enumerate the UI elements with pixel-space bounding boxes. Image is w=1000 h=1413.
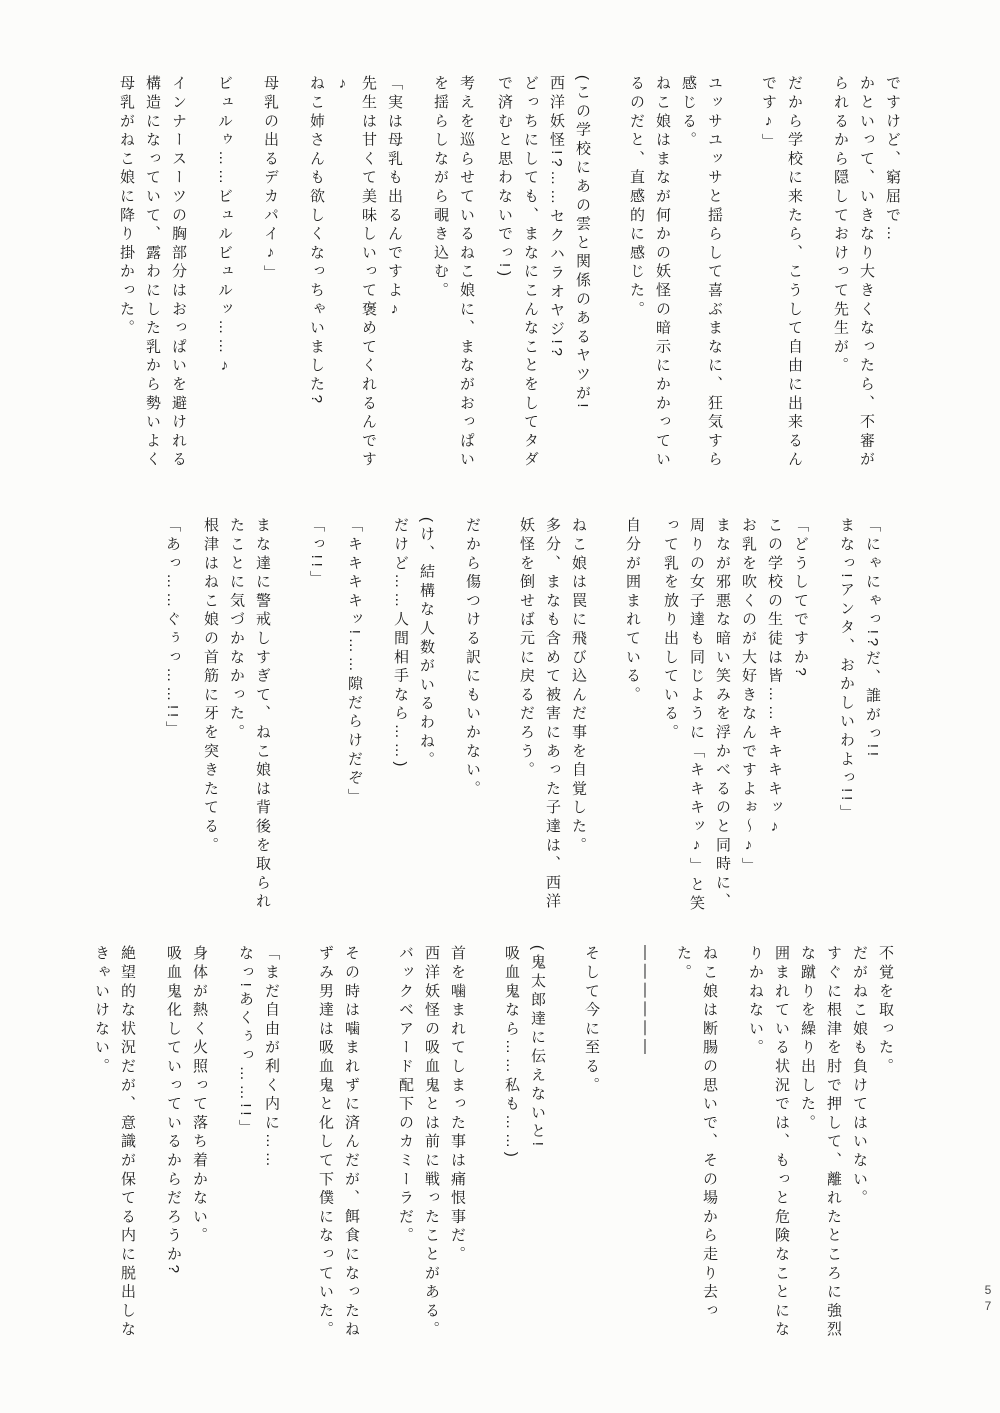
paragraph: だけど……人間相手なら……) [387,517,413,915]
paragraph: 「あっ……ぐぅっ……!!」 [159,517,185,915]
paragraph: ですけど、窮屈で… [879,75,905,473]
paragraph: お乳を吹くのが大好きなんですよぉ〜♪」 [735,517,761,915]
paragraph: ―――――― [632,945,658,1343]
paragraph: 不覚を取った。 [872,945,898,1343]
paragraph: 囲まれている状況では、もっと危険なことになりかねない。 [742,945,794,1343]
paragraph: だから傷つける訳にもいかない。 [459,517,485,915]
paragraph: 母乳の出るデカパイ♪」 [257,75,283,473]
paragraph: ねこ姉さんも欲しくなっちゃいました? [303,75,329,473]
paragraph: 首を噛まれてしまった事は痛恨事だ。 [444,945,470,1343]
paragraph: 「キキキキッ!……隙だらけだぞ」 [341,517,367,915]
paragraph: まなが邪悪な暗い笑みを浮かべるのと同時に、周りの女子達も同じように「キキキッ♪」… [657,517,735,915]
paragraph: 根津はねこ娘の首筋に牙を突きたてる。 [197,517,223,915]
paragraph: すぐに根津を肘で押して、離れたところに強烈な蹴りを繰り出した。 [794,945,846,1343]
paragraph: この学校の生徒は皆……キキキキッ♪ [761,517,787,915]
paragraph: 「まだ自由が利く内に…… [258,945,284,1343]
paragraph: 西洋妖怪の吸血鬼とは前に戦ったことがある。 [418,945,444,1343]
paragraph: まなっ!アンタ、おかしいわよっ!!」 [833,517,859,915]
paragraph: どっちにしても、まなにこんなことをしてタダで済むと思わないでっ!) [491,75,543,473]
paragraph: 考えを巡らせているねこ娘に、まながおっぱいを揺らしながら覗き込む。 [427,75,479,473]
paragraph: その時は噛まれずに済んだが、餌食になったねずみ男達は吸血鬼と化して下僕になってい… [312,945,364,1343]
paragraph: 多分、まなも含めて被害にあった子達は、西洋妖怪を倒せば元に戻るだろう。 [513,517,565,915]
paragraph: そして今に至る。 [578,945,604,1343]
paragraph: ねこ娘はまなが何かの妖怪の暗示にかかっているのだと、直感的に感じた。 [623,75,675,473]
paragraph: なっ!あくぅっ……!!」 [232,945,258,1343]
paragraph: 絶望的な状況だが、意識が保てる内に脱出しなきゃいけない。 [88,945,140,1343]
paragraph: (鬼太郎達に伝えないと! [524,945,550,1343]
paragraph: バックベアード配下のカミーラだ。 [392,945,418,1343]
text-band-top: ですけど、窮屈で…かといって、いきなり大きくなったら、不審がられるから隠しておけ… [113,75,905,473]
paragraph: ねこ娘は罠に飛び込んだ事を自覚した。 [565,517,591,915]
paragraph: 「っ!!」 [303,517,329,915]
paragraph: ビュルゥ……ビュルビュルッ……♪ [211,75,237,473]
paragraph: (この学校にあの雲と関係のあるヤツが! [569,75,595,473]
text-band-bottom: 不覚を取った。だがねこ娘も負けてはいない。すぐに根津を肘で押して、離れたところに… [88,945,898,1343]
paragraph: 自分が囲まれている。 [619,517,645,915]
paragraph: 「どうしてですか? [787,517,813,915]
paragraph: まな達に警戒しすぎて、ねこ娘は背後を取られたことに気づかなかった。 [223,517,275,915]
paragraph: 吸血鬼なら……私も……) [498,945,524,1343]
paragraph: 身体が熱く火照って落ち着かない。 [186,945,212,1343]
paragraph: ねこ娘は断腸の思いで、その場から走り去った。 [670,945,722,1343]
paragraph: だがねこ娘も負けてはいない。 [846,945,872,1343]
paragraph: 「実は母乳も出るんですよ♪ [381,75,407,473]
paragraph: 先生は甘くて美味しいって褒めてくれるんです♪ [329,75,381,473]
paragraph: ユッサユッサと揺らして喜ぶまなに、狂気すら感じる。 [675,75,727,473]
paragraph: 西洋妖怪!?……セクハラオヤジ!? [543,75,569,473]
paragraph: インナースーツの胸部分はおっぱいを避けれる構造になっていて、露わにした乳から勢い… [113,75,191,473]
page-number: 57 [981,1283,995,1315]
text-band-middle: 「にゃにゃっ!?だ、誰がっ!!まなっ!アンタ、おかしいわよっ!!」「どうしてです… [159,517,885,915]
paragraph: かといって、いきなり大きくなったら、不審がられるから隠しておけって先生が。 [827,75,879,473]
scanned-novel-page: ですけど、窮屈で…かといって、いきなり大きくなったら、不審がられるから隠しておけ… [0,0,1000,1413]
paragraph: (け、結構な人数がいるわね。 [413,517,439,915]
paragraph: だから学校に来たら、こうして自由に出来るんです♪」 [755,75,807,473]
paragraph: 吸血鬼化していっているからだろうか? [160,945,186,1343]
paragraph: 「にゃにゃっ!?だ、誰がっ!! [859,517,885,915]
